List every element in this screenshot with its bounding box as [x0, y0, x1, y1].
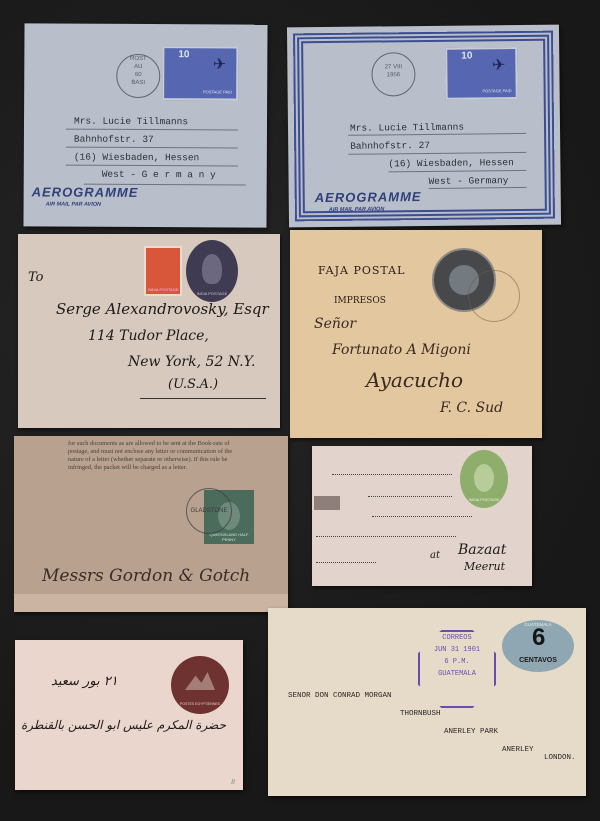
logo-text: AEROGRAMME — [32, 184, 139, 200]
aerogramme-logo: AEROGRAMME AIR MAIL PAR AVION — [315, 188, 422, 213]
king-portrait — [202, 254, 222, 284]
address-line: ٢١ بور سعيد — [51, 674, 118, 689]
postmark — [468, 270, 520, 322]
address-line: Bazaat — [458, 542, 506, 558]
wrapper-instructions: for such documents as are allowed to be … — [68, 440, 238, 472]
address-line: SENOR DON CONRAD MORGAN — [288, 692, 392, 700]
imprinted-stamp: INDIA POSTAGE — [186, 240, 238, 302]
stamp-value: CENTAVOS — [502, 657, 574, 664]
postmark-line: CORREOS — [420, 632, 494, 644]
address-line: Serge Alexandrovosky, Esqr — [56, 300, 269, 318]
airplane-icon: ✈ — [213, 54, 227, 74]
stamp-text: POSTAGE PAID — [482, 88, 511, 93]
india-green-envelope: INDIA POSTAGE at Bazaat Meerut — [312, 446, 532, 586]
aerogramme-1: 10 ✈ POSTAGE PAID ROST AU 60 BASI Mrs. L… — [23, 23, 267, 227]
stamp-value: 10 — [178, 49, 189, 60]
address-line: Meerut — [464, 560, 505, 573]
script-line — [332, 472, 452, 475]
address-line: THORNBUSH — [400, 710, 441, 718]
postmark-line: AU — [117, 63, 159, 71]
imprinted-stamp: INDIA POSTAGE — [460, 450, 508, 508]
surcharge-value: 6 — [532, 624, 545, 652]
address-line: 114 Tudor Place, — [88, 328, 209, 344]
imprinted-stamp: GUATEMALA 6 CENTAVOS — [502, 620, 574, 672]
rule — [66, 165, 238, 167]
wrapper-fold — [14, 594, 288, 612]
airmail-stamp: 10 ✈ POSTAGE PAID — [162, 46, 238, 100]
address-line: Fortunato A Migoni — [332, 342, 471, 358]
rule — [66, 129, 238, 131]
address-line: Ayacucho — [366, 368, 463, 392]
airplane-icon: ✈ — [492, 55, 506, 75]
album-page: 10 ✈ POSTAGE PAID ROST AU 60 BASI Mrs. L… — [0, 0, 600, 821]
postmark: ROST AU 60 BASI — [116, 54, 160, 98]
address-line: Bahnhofstr. 27 — [350, 140, 430, 152]
address-line: ANERLEY — [502, 746, 534, 754]
imprinted-stamp: POSTES EGYPTIENNES — [171, 656, 229, 714]
underline — [140, 398, 266, 399]
postmark-line: 1956 — [372, 71, 414, 79]
stamp-text: POSTES EGYPTIENNES — [171, 702, 229, 706]
logo-subtext: AIR MAIL PAR AVION — [46, 201, 139, 207]
corner-note: II — [231, 779, 235, 786]
postmark-line: 6 P.M. — [420, 656, 494, 668]
address-line: Mrs. Lucie Tillmanns — [74, 116, 188, 128]
address-line: حضرة المكرم عليس ابو الحسن بالقنطرة — [21, 718, 226, 732]
wrapper-subheader: IMPRESOS — [334, 296, 386, 306]
postmark: 27 VIII 1956 — [371, 52, 415, 96]
postmark-line: 60 — [117, 71, 159, 79]
address-line: New York, 52 N.Y. — [128, 354, 255, 370]
address-line: (16) Wiesbaden, Hessen — [74, 152, 199, 164]
wrapper-header: FAJA POSTAL — [318, 264, 405, 277]
address-line: (U.S.A.) — [168, 377, 218, 392]
adhesive-stamp: INDIA POSTAGE — [144, 246, 182, 296]
to-label: To — [28, 270, 44, 285]
script-line — [316, 560, 376, 563]
aerogramme-logo: AEROGRAMME AIR MAIL PAR AVION — [32, 183, 139, 208]
postmark-text: GLADSTONE — [191, 508, 228, 514]
address-line: LONDON. — [544, 754, 576, 762]
script-line — [316, 534, 456, 537]
postmark: GLADSTONE — [186, 488, 232, 534]
stamp-text: INDIA POSTAGE — [186, 291, 238, 296]
egypt-envelope: POSTES EGYPTIENNES ٢١ بور سعيد حضرة المك… — [15, 640, 243, 790]
stamp-text: INDIA POSTAGE — [148, 287, 179, 292]
ink-smudge — [314, 496, 340, 510]
guatemala-envelope: GUATEMALA 6 CENTAVOS CORREOS JUN 31 1901… — [268, 608, 586, 796]
script-line — [372, 514, 472, 517]
stamp-value: 10 — [461, 50, 472, 61]
address-line: F. C. Sud — [440, 400, 503, 416]
address-line: West - Germany — [429, 175, 509, 187]
octagonal-postmark: CORREOS JUN 31 1901 6 P.M. GUATEMALA — [418, 630, 496, 708]
aerogramme-2: 10 ✈ POSTAGE PAID 27 VIII 1956 Mrs. Luci… — [287, 25, 561, 228]
logo-subtext: AIR MAIL PAR AVION — [329, 206, 422, 213]
address-line: West - G e r m a n y — [102, 169, 216, 181]
script-line — [368, 494, 452, 497]
stamp-text: POSTAGE PAID — [203, 89, 232, 94]
rule — [66, 147, 238, 149]
address-line: (16) Wiesbaden, Hessen — [388, 157, 514, 169]
address-line: Mrs. Lucie Tillmanns — [350, 122, 464, 134]
stamp-text: INDIA POSTAGE — [460, 497, 508, 502]
address-prefix: at — [430, 550, 440, 561]
argentina-wrapper: FAJA POSTAL IMPRESOS Señor Fortunato A M… — [290, 230, 542, 438]
pyramids-icon — [185, 672, 215, 690]
postmark-line: JUN 31 1901 — [420, 644, 494, 656]
logo-text: AEROGRAMME — [315, 189, 422, 205]
postmark-line: GUATEMALA — [420, 668, 494, 680]
king-portrait — [474, 464, 494, 492]
postmark-line: ROST — [117, 55, 159, 63]
postmark-line: BASI — [117, 79, 159, 87]
address-line: Señor — [314, 316, 356, 332]
india-envelope: INDIA POSTAGE INDIA POSTAGE To Serge Ale… — [18, 234, 280, 428]
address-line: ANERLEY PARK — [444, 728, 498, 736]
airmail-stamp: 10 ✈ POSTAGE PAID — [445, 47, 518, 100]
queensland-wrapper: for such documents as are allowed to be … — [14, 436, 288, 612]
address-line: Messrs Gordon & Gotch — [42, 566, 250, 586]
address-line: Bahnhofstr. 37 — [74, 134, 154, 145]
